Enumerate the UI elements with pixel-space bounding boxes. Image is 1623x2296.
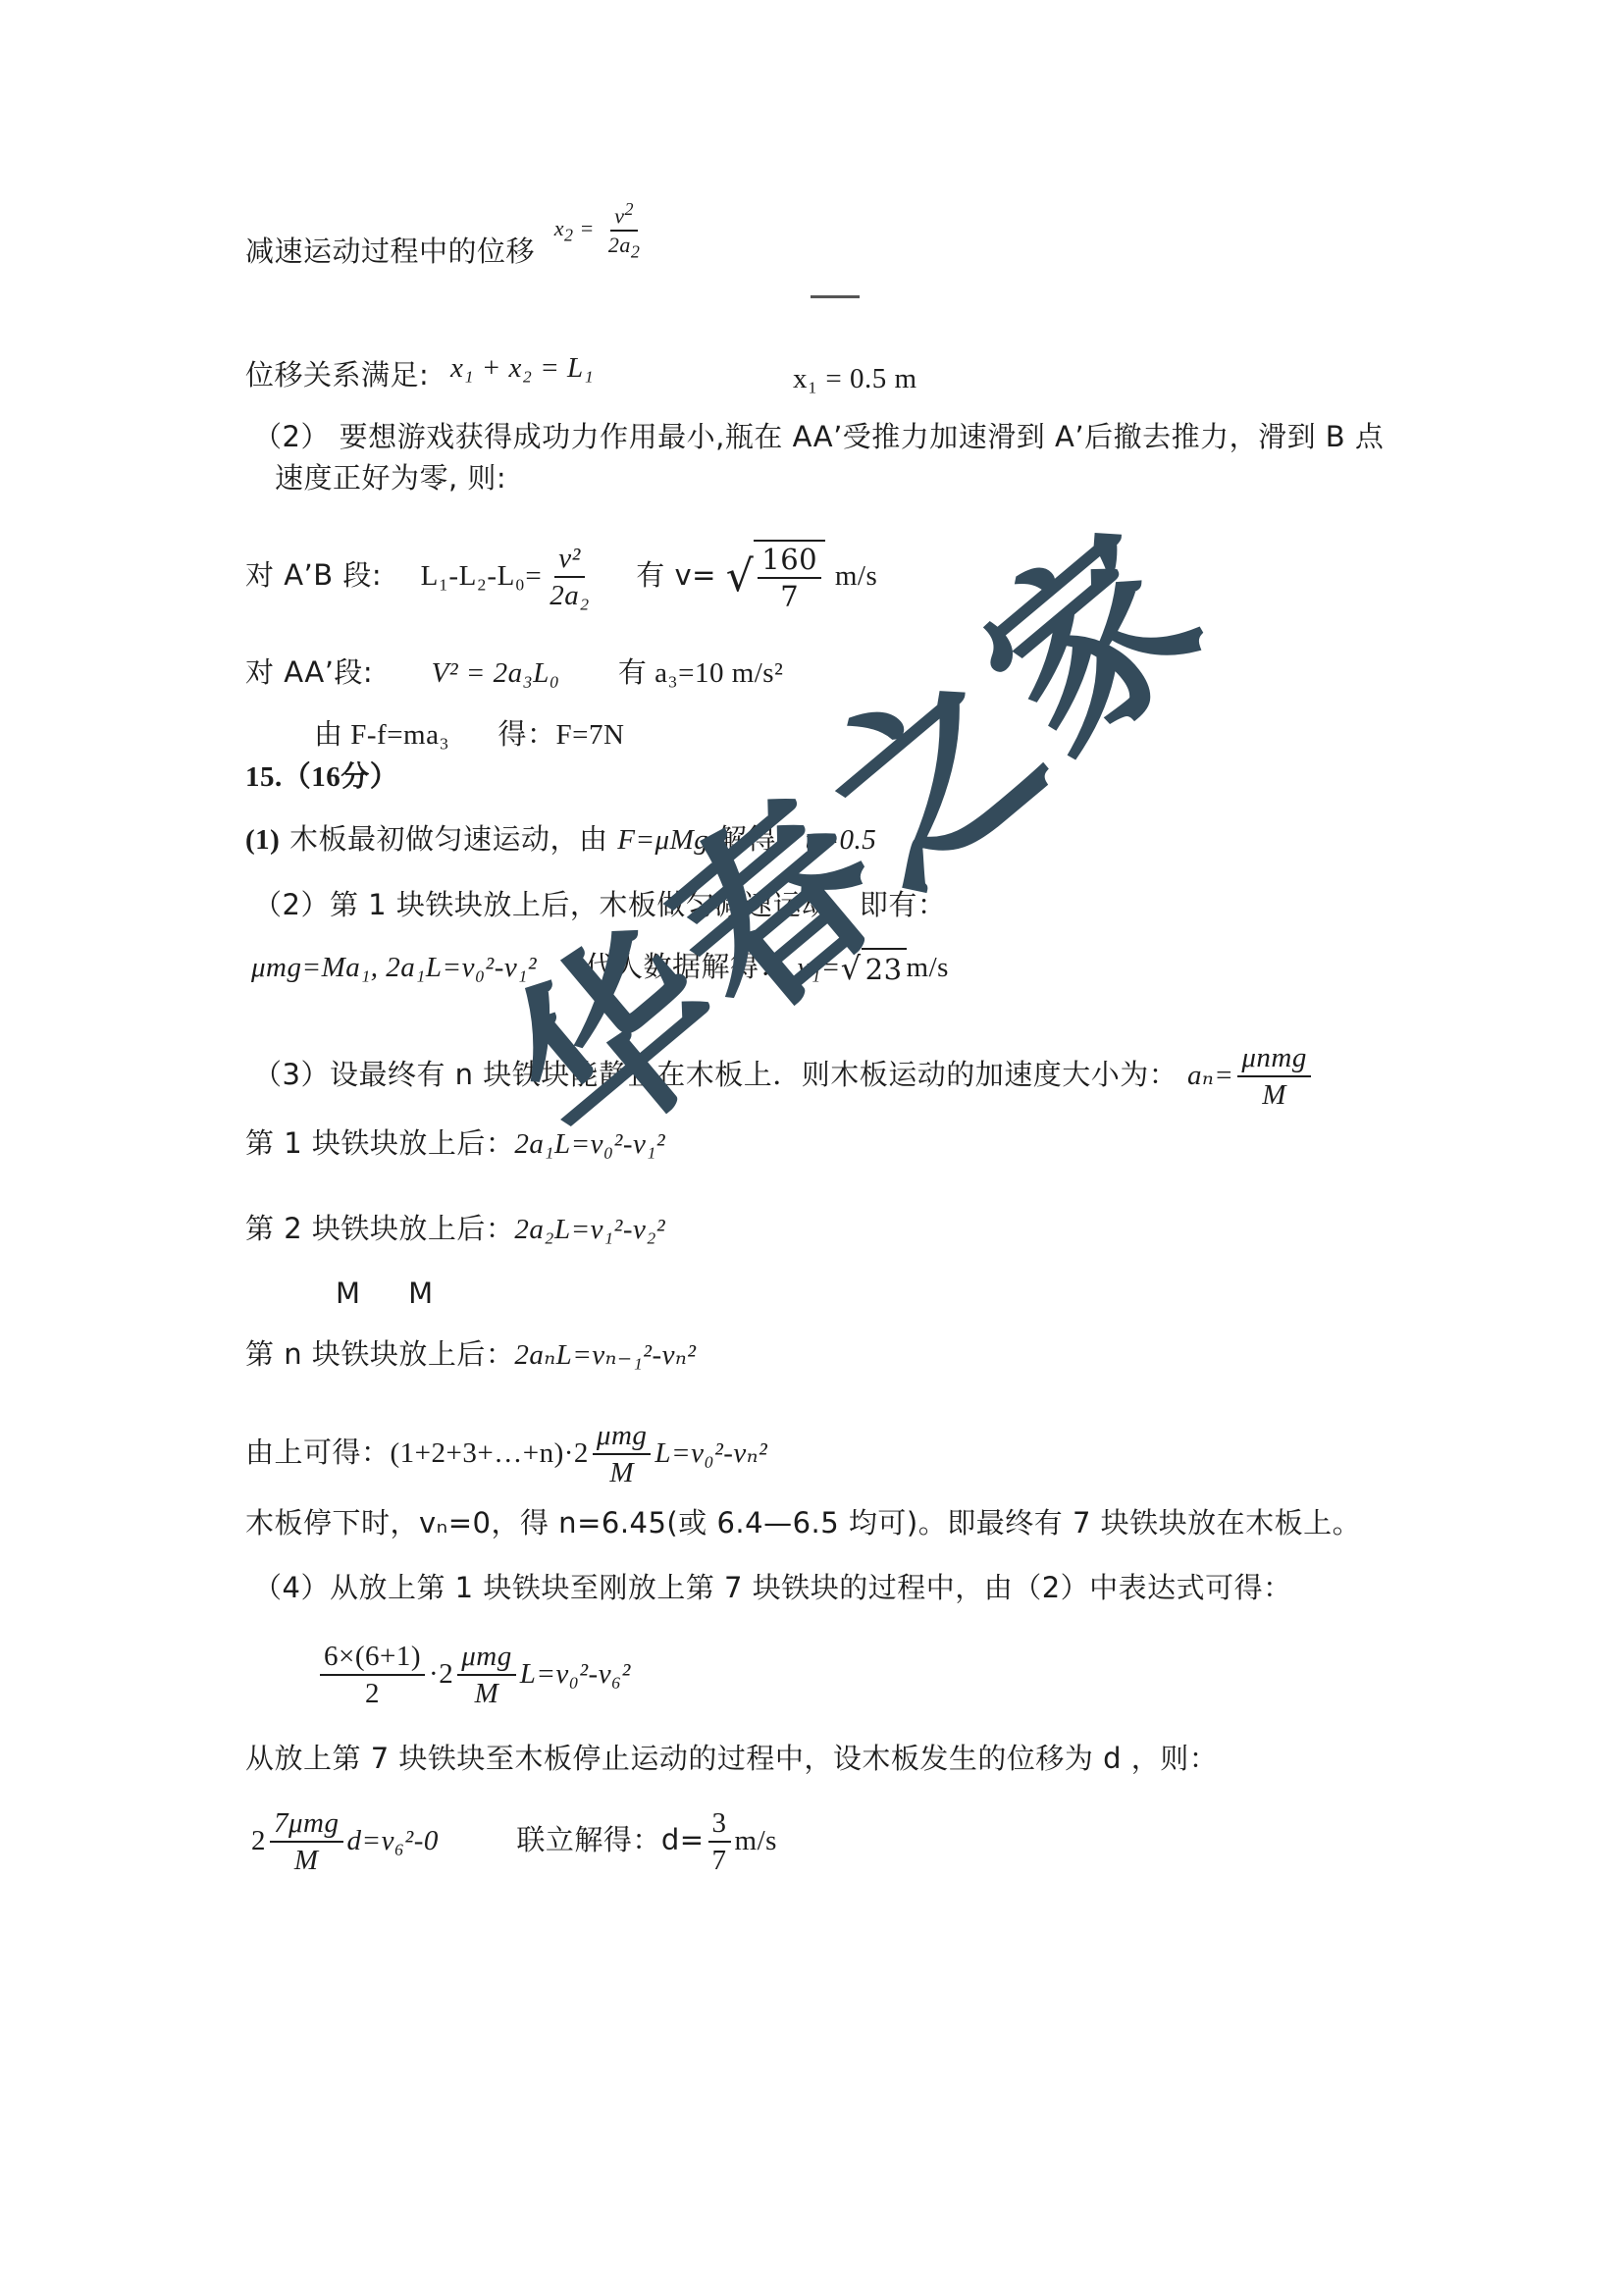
ab-result-label: 有 v= <box>636 558 716 592</box>
ab-eq-lhs: L₁-L₂-L₀= <box>421 560 543 592</box>
step2-line: 第 2 块铁块放上后：2a₂L=v₁²-v₂² <box>245 1209 665 1249</box>
aa-label: 对 AA’段: <box>245 655 373 689</box>
document-page: 减速运动过程中的位移 x2 = v2 2a2 位移关系满足: x₁ + x₂ =… <box>0 0 1623 2296</box>
relation-line: 位移关系满足: x₁ + x₂ = L₁ <box>245 355 594 395</box>
x1-result: x₁ = 0.5 m <box>793 359 917 398</box>
aa-segment-line: 对 AA’段: V² = 2a₃L₀ 有 a₃=10 m/s² <box>245 652 783 693</box>
force-eq: 由 F-f=ma₃ <box>314 719 449 751</box>
ab-segment-line: 对 A’B 段: L₁-L₂-L₀= v² 2a₂ 有 v= √ 1607 m/… <box>245 540 877 614</box>
q15-part4-text: （4）从放上第 1 块铁块至刚放上第 7 块铁块的过程中，由（2）中表达式可得： <box>253 1568 1292 1607</box>
q15-heading: 15.（16分） <box>245 757 398 797</box>
aa-result: 有 a₃=10 m/s² <box>618 657 783 689</box>
dash-mark <box>811 295 860 298</box>
q15-part4-text2: 从放上第 7 块铁块至木板停止运动的过程中，设木板发生的位移为 d ，则： <box>245 1739 1218 1778</box>
q15-part4-eq: 6×(6+1)2·2μmgML=v₀²-v₆² <box>316 1639 631 1711</box>
q2-text-line2: 速度正好为零, 则: <box>275 458 506 497</box>
ab-label: 对 A’B 段: <box>245 558 382 592</box>
sum-line: 由上可得：(1+2+3+…+n)·2μmgML=v₀²-vₙ² <box>245 1418 767 1490</box>
ellipsis-line: M M <box>336 1274 434 1313</box>
relation-eq: x₁ + x₂ = L₁ <box>450 352 594 384</box>
sqrt-expression: √ 1607 <box>726 540 825 614</box>
decel-eq: x2 = v2 2a2 <box>554 216 649 240</box>
final-eq-line: 27μmgMd=v₆²-0 联立解得：d=37m/s <box>251 1805 777 1878</box>
q2-text-line1: （2） 要想游戏获得成功力作用最小,瓶在 AA’受推力加速滑到 A’后撤去推力，… <box>253 417 1384 456</box>
stop-text: 木板停下时，vₙ=0，得 n=6.45(或 6.4—6.5 均可)。即最终有 7… <box>245 1503 1361 1542</box>
force-line: 由 F-f=ma₃ 得：F=7N <box>314 714 624 755</box>
stepn-line: 第 n 块铁块放上后：2aₙL=vₙ₋₁²-vₙ² <box>245 1334 696 1375</box>
relation-label: 位移关系满足: <box>245 358 429 391</box>
decel-displacement-line: 减速运动过程中的位移 x2 = v2 2a2 <box>245 221 648 291</box>
aa-eq: V² = 2a₃L₀ <box>432 657 560 689</box>
force-result: 得：F=7N <box>498 719 625 751</box>
decel-label: 减速运动过程中的位移 <box>245 235 535 268</box>
